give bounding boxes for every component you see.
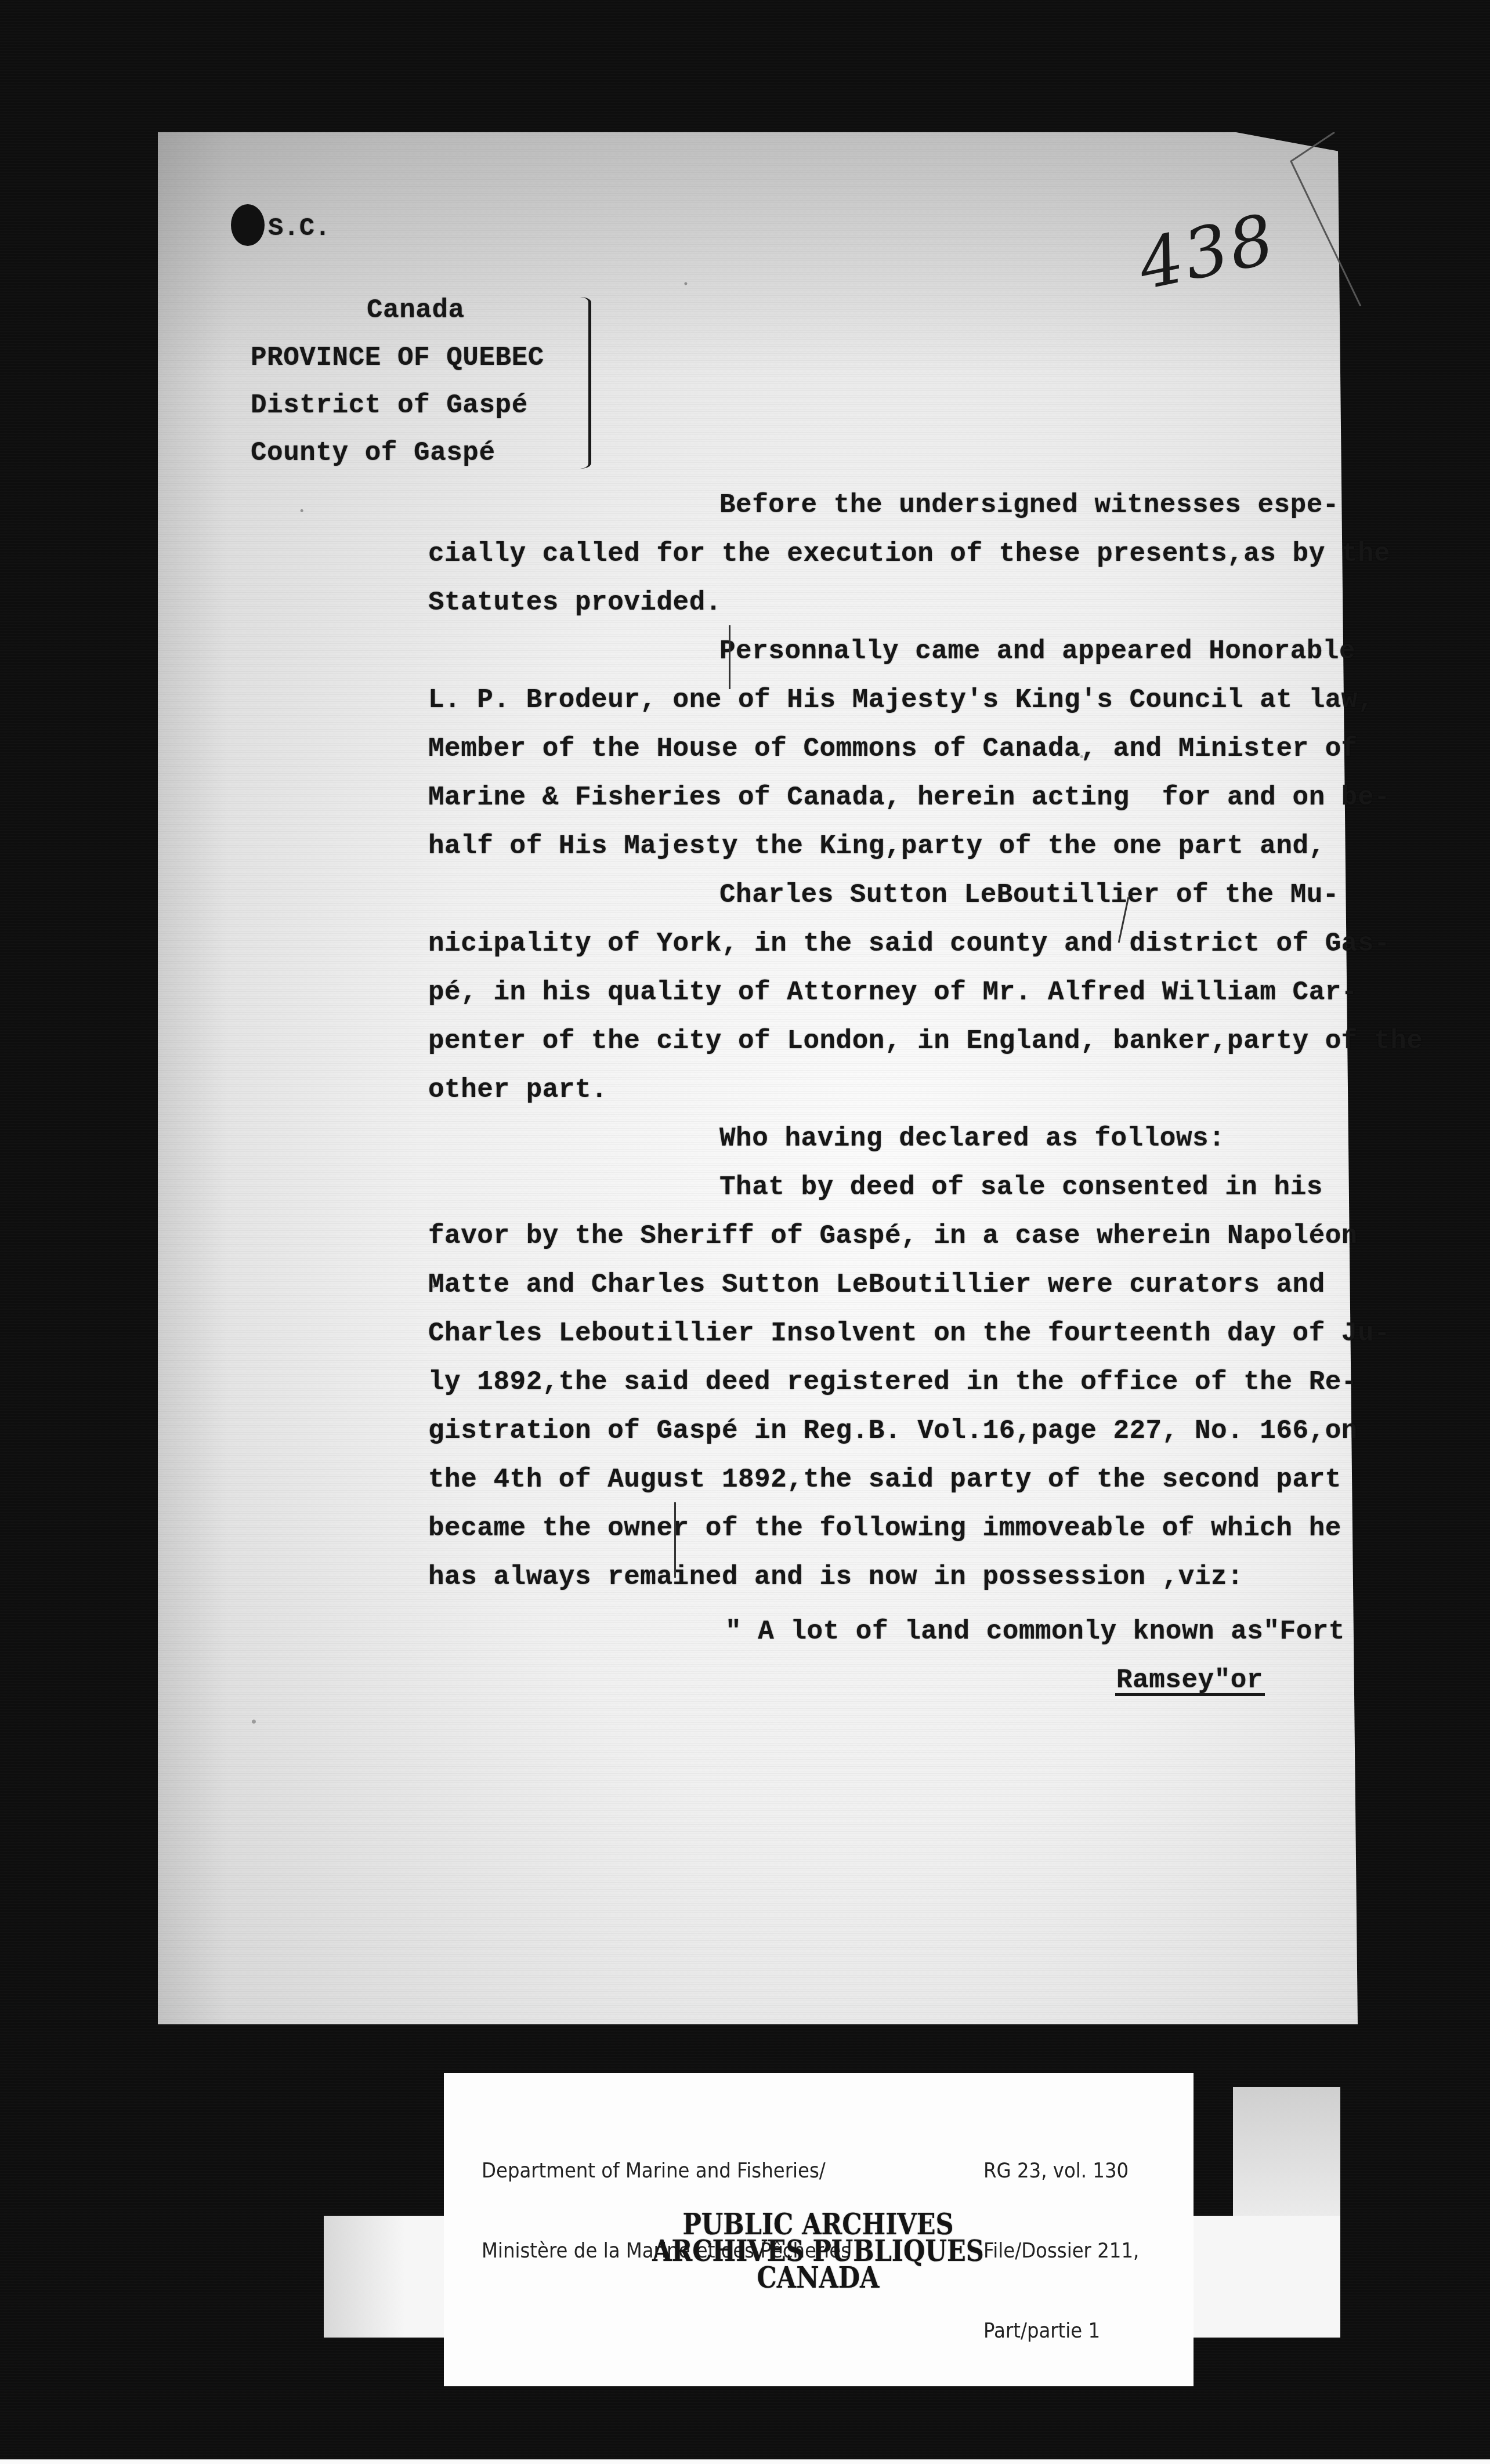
body-line: Charles Sutton LeBoutillier of the Mu- [719,882,1339,908]
body-line: Marine & Fisheries of Canada, herein act… [428,784,1390,811]
body-line-continued: Ramsey"or [1116,1667,1263,1694]
jurisdiction-county: County of Gaspé [251,440,496,466]
body-line: Before the undersigned witnesses espe- [719,492,1339,519]
body-line: Charles Leboutillier Insolvent on the fo… [428,1320,1390,1347]
body-line: Who having declared as follows: [719,1125,1225,1152]
underline-mark [1115,1693,1265,1696]
stamp-line-country: CANADA [638,2264,997,2291]
body-line: Statutes provided. [428,589,722,616]
body-line: Matte and Charles Sutton LeBoutillier we… [428,1271,1325,1298]
body-line: That by deed of sale consented in his [719,1174,1323,1201]
body-line: Personnally came and appeared Honorable [719,638,1355,665]
body-line: pé, in his quality of Attorney of Mr. Al… [428,979,1358,1006]
body-line: penter of the city of London, in England… [428,1028,1423,1055]
body-line: became the owner of the following immove… [428,1515,1341,1542]
body-line: cially called for the execution of these… [428,541,1390,567]
brace-divider [580,297,591,469]
jurisdiction-country: Canada [367,297,465,324]
label-tab-right [1233,2087,1340,2222]
body-line: nicipality of York, in the said county a… [428,930,1390,957]
jurisdiction-district: District of Gaspé [251,392,528,419]
body-line: gistration of Gaspé in Reg.B. Vol.16,pag… [428,1418,1358,1444]
body-line: L. P. Brodeur, one of His Majesty's King… [428,687,1374,713]
body-line: Member of the House of Commons of Canada… [428,735,1358,762]
archive-reference: RG 23, vol. 130 File/Dossier 211, Part/p… [983,2104,1139,2371]
reference-code: S.C. [268,216,331,241]
body-line: " A lot of land commonly known as"Fort [725,1618,1345,1645]
archives-stamp: PUBLIC ARCHIVES ARCHIVES PUBLIQUES CANAD… [638,2211,997,2291]
pen-stroke [729,625,730,689]
pen-stroke [674,1502,676,1578]
jurisdiction-province: PROVINCE OF QUEBEC [251,345,544,371]
record-group: RG 23, vol. 130 [983,2158,1139,2184]
frame-edge [0,2459,1490,2464]
part-number: Part/partie 1 [983,2318,1139,2345]
label-wing-left [324,2216,405,2338]
punch-hole [231,204,265,246]
department-english: Department of Marine and Fisheries/ [482,2158,851,2184]
body-line: ly 1892,the said deed registered in the … [428,1369,1358,1396]
body-line: other part. [428,1077,607,1103]
file-number: File/Dossier 211, [983,2238,1139,2264]
body-line: half of His Majesty the King,party of th… [428,833,1325,860]
body-line: has always remained and is now in posses… [428,1564,1243,1590]
body-line: favor by the Sheriff of Gaspé, in a case… [428,1223,1358,1249]
body-line: the 4th of August 1892,the said party of… [428,1466,1341,1493]
